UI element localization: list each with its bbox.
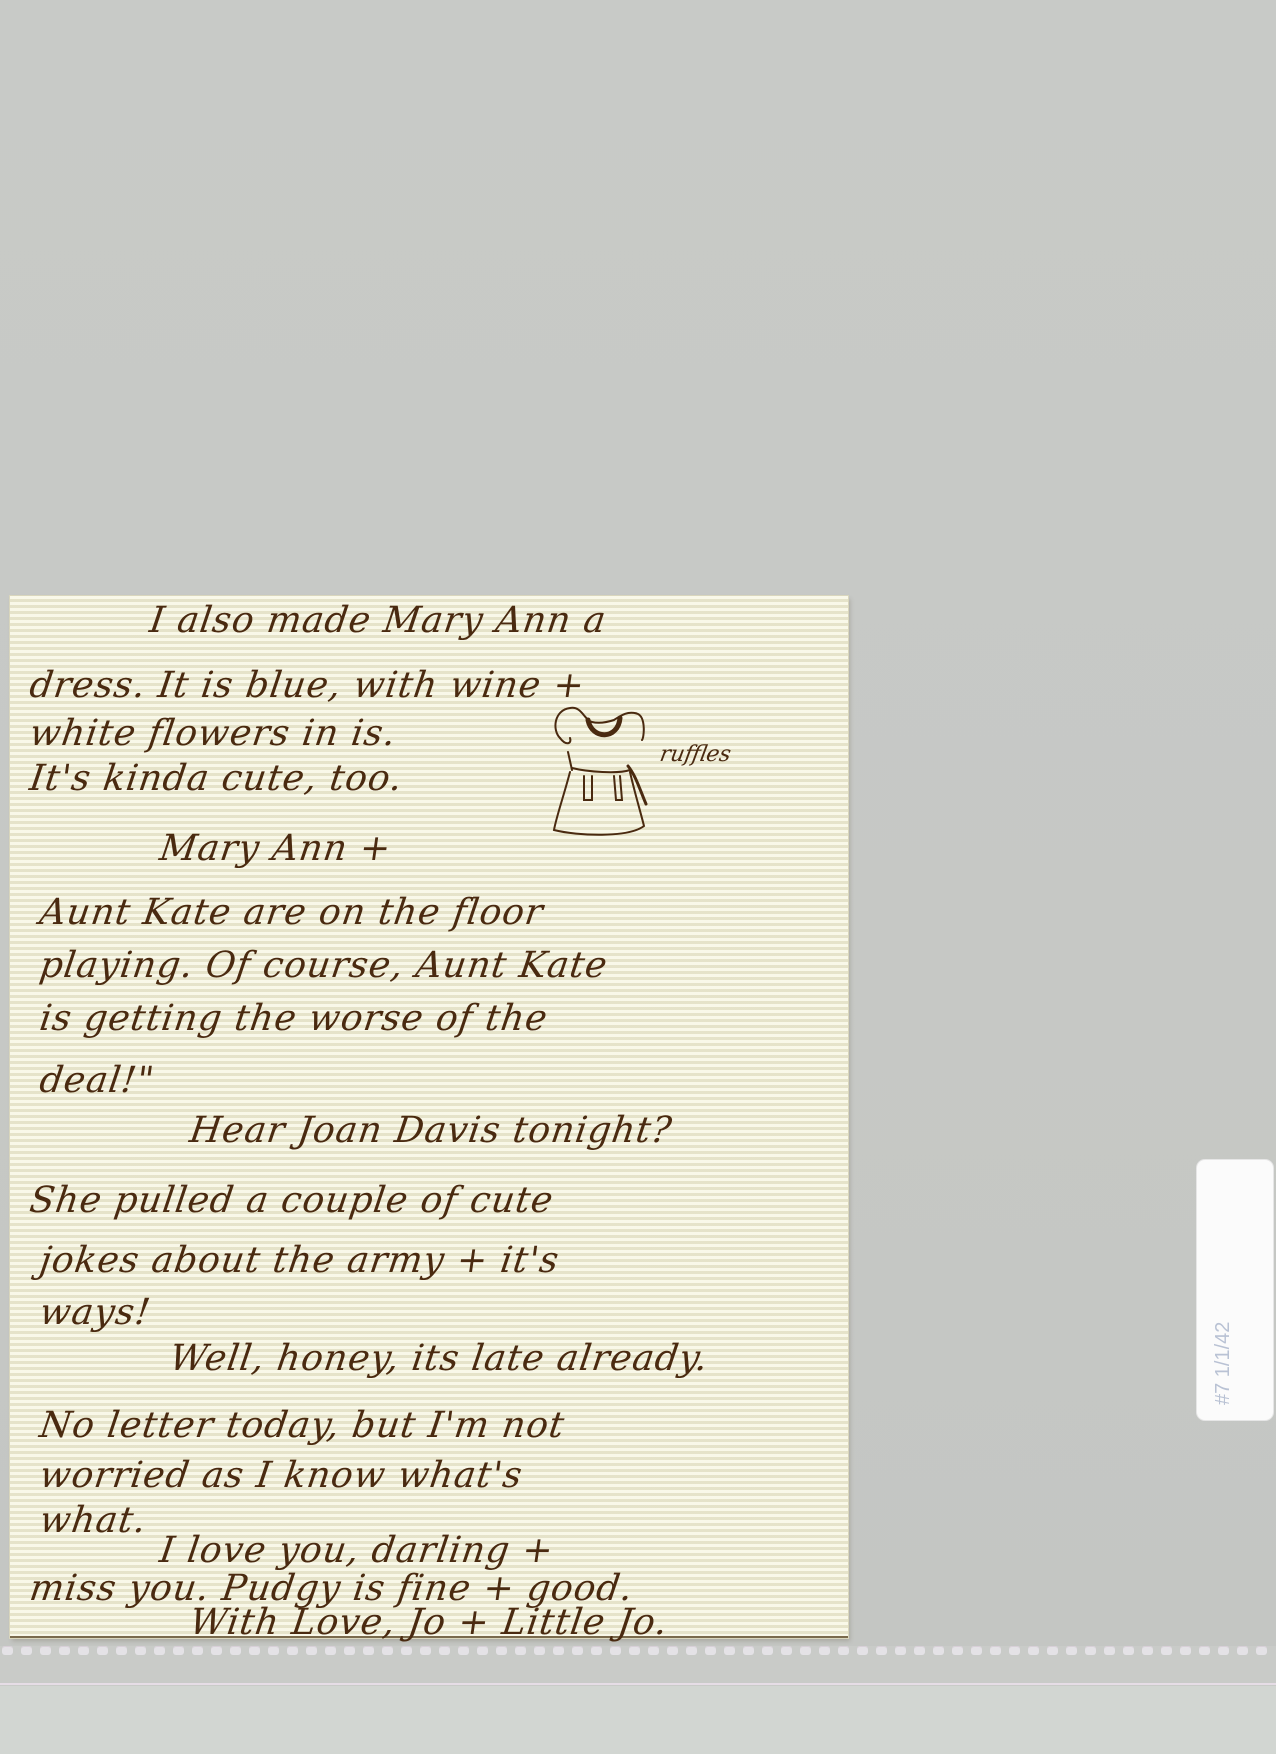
sketch-annotation: ruffles [658, 742, 733, 767]
letter-signature: With Love, Jo + Little Jo. [187, 1602, 671, 1643]
letter-line: I also made Mary Ann a [147, 600, 609, 641]
letter-line: Hear Joan Davis tonight? [187, 1110, 675, 1151]
letter-line: jokes about the army + it's [37, 1240, 562, 1281]
letter-line: Aunt Kate are on the floor [37, 892, 546, 933]
letter-line: Well, honey, its late already. [167, 1338, 711, 1379]
letter-line: It's kinda cute, too. [27, 758, 405, 799]
sleeve-bottom [0, 1686, 1276, 1754]
letter-line: what. [37, 1500, 149, 1541]
archive-label-text: #7 1/1/42 [1212, 1322, 1235, 1405]
dress-sketch-icon [548, 700, 668, 840]
letter-line: playing. Of course, Aunt Kate [37, 945, 610, 986]
letter-line: is getting the worse of the [37, 998, 550, 1039]
sleeve-seam [0, 1683, 1276, 1685]
letter-line: No letter today, but I'm not [37, 1405, 567, 1446]
letter-line: I love you, darling + [157, 1530, 556, 1571]
letter-line: worried as I know what's [37, 1455, 525, 1496]
letter-line: She pulled a couple of cute [27, 1180, 556, 1221]
archive-tab-label [1197, 1160, 1273, 1420]
sleeve-perforations [0, 1643, 1276, 1659]
letter-line: dress. It is blue, with wine + [27, 665, 588, 706]
letter-line: white flowers in is. [27, 713, 399, 754]
letter-line: deal!" [37, 1060, 157, 1101]
letter-line: Mary Ann + [157, 828, 394, 869]
letter-line: ways! [37, 1292, 153, 1333]
